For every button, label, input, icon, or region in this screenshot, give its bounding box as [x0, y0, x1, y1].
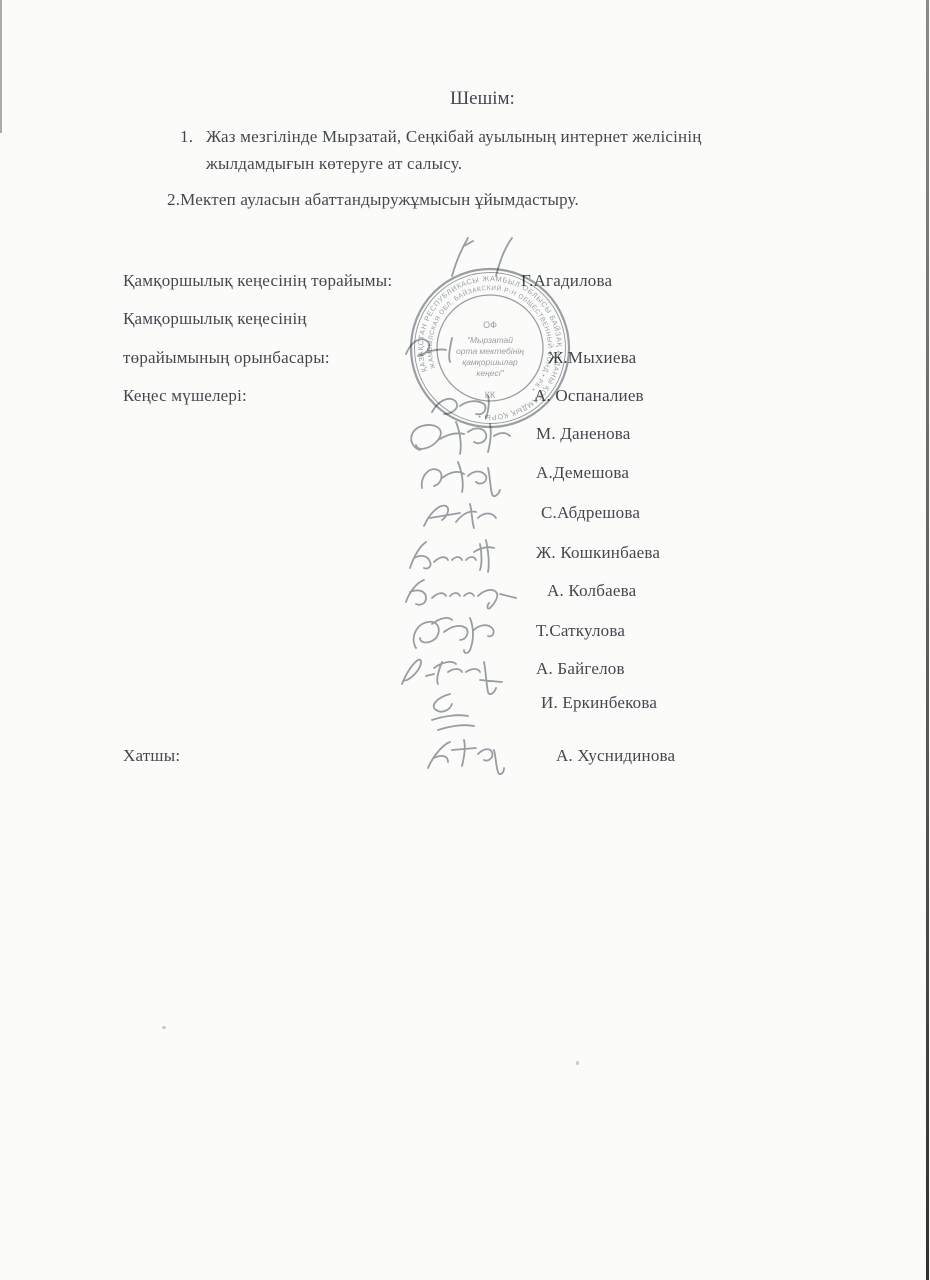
- label-council-members: Кеңес мүшелері:: [123, 386, 247, 406]
- scan-speck: [162, 1026, 166, 1029]
- stamp-center-name-3: қамқоршылар: [462, 357, 518, 367]
- signatory-name: Ж. Кошкинбаева: [536, 543, 660, 563]
- scanned-document-page: Шешім: 1. Жаз мезгілінде Мырзатай, Сеңкі…: [0, 0, 930, 1280]
- signatory-name: А. Хуснидинова: [556, 746, 675, 766]
- label-council-chair: Қамқоршылық кеңесінің төрайымы:: [123, 271, 392, 291]
- label-secretary: Хатшы:: [123, 746, 180, 766]
- signatory-name: И. Еркинбекова: [541, 693, 657, 713]
- signature-kolbaeva: [400, 574, 524, 614]
- scan-edge-right: [926, 0, 929, 1280]
- stamp-center-name-2: орта мектебінің: [456, 346, 524, 356]
- document-title: Шешім:: [450, 88, 515, 110]
- scan-edge-top-left: [0, 0, 2, 133]
- signatory-name: Т.Саткулова: [536, 621, 625, 641]
- stamp-center-name-4: кеңесі": [476, 368, 504, 378]
- stamp-center-name-1: "Мырзатай: [467, 335, 513, 345]
- stamp-center-kk: КК: [485, 390, 496, 400]
- list-item-2: 2.Мектеп ауласын абаттандыружұмысын ұйым…: [167, 190, 579, 210]
- signature-abdreshova: [418, 496, 506, 536]
- label-deputy-chair: төрайымының орынбасары:: [123, 348, 330, 368]
- label-council-line-1: Қамқоршылық кеңесінің: [123, 309, 307, 329]
- list-item-1-line-1: Жаз мезгілінде Мырзатай, Сеңкібай ауылын…: [206, 127, 702, 147]
- signature-demeshova: [414, 456, 510, 500]
- scan-speck: [576, 1061, 579, 1065]
- signatory-name: А. Колбаева: [547, 581, 636, 601]
- list-item-1-line-2: жылдамдығын көтеруге ат салысу.: [206, 154, 462, 174]
- stamp-center-of: ОФ: [483, 320, 497, 330]
- list-item-1-number: 1.: [180, 127, 193, 147]
- signature-khusnidinova: [420, 732, 512, 778]
- signatory-name: А. Байгелов: [536, 659, 625, 679]
- signature-koshkinbaeva: [404, 536, 516, 578]
- signatory-name: С.Абдрешова: [541, 503, 640, 523]
- organization-stamp: ҚАЗАҚСТАН РЕСПУБЛИКАСЫ ЖАМБЫЛ ОБЛЫСЫ БАЙ…: [394, 252, 586, 444]
- signatory-name: А.Демешова: [536, 463, 629, 483]
